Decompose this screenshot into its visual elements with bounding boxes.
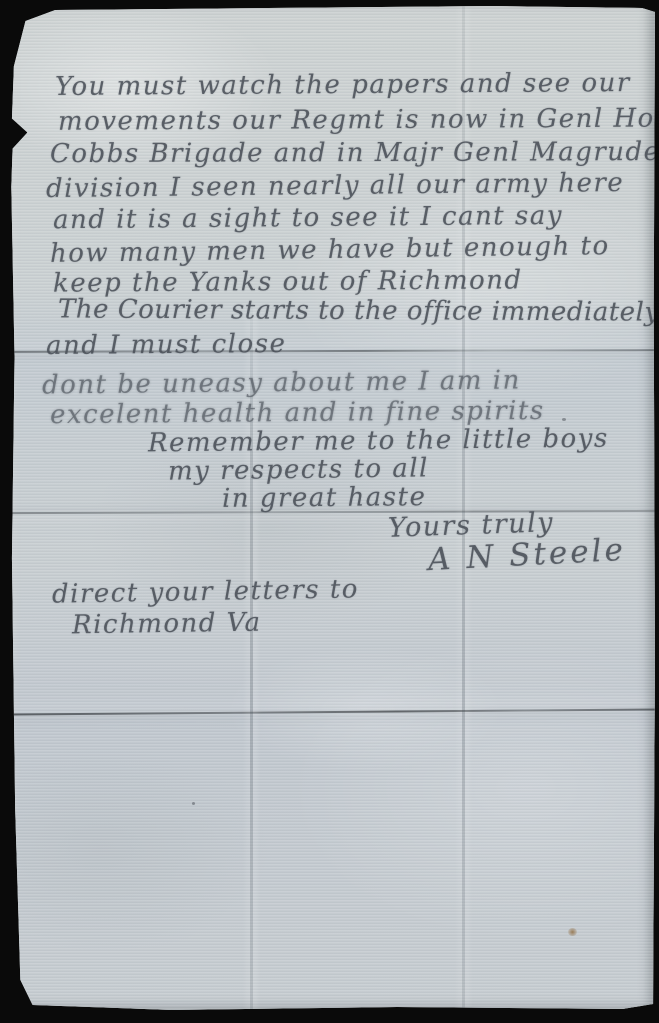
foxing-stain bbox=[568, 928, 577, 936]
paper-speck bbox=[562, 418, 566, 421]
scanned-letter-image: You must watch the papers and see our mo… bbox=[0, 0, 659, 1023]
letter-line: in great haste bbox=[222, 482, 427, 514]
letter-paper-sheet: You must watch the papers and see our mo… bbox=[10, 6, 655, 1010]
letter-line: movements our Regmt is now in Genl Howel… bbox=[58, 103, 659, 136]
letter-line: and it is a sight to see it I cant say bbox=[53, 201, 563, 235]
paper-speck bbox=[192, 802, 195, 805]
letter-line: Cobbs Brigade and in Majr Genl Magruders bbox=[50, 137, 659, 169]
letter-line: how many men we have but enough to bbox=[50, 231, 610, 269]
letter-line: The Courier starts to the office immedia… bbox=[58, 294, 659, 327]
horizontal-fold-crease bbox=[10, 708, 655, 715]
letter-line: dont be uneasy about me I am in bbox=[42, 365, 521, 400]
letter-line: Richmond Va bbox=[72, 608, 262, 641]
letter-line: division I seen nearly all our army here bbox=[46, 168, 625, 204]
letter-line: You must watch the papers and see our bbox=[55, 68, 631, 102]
letter-line: keep the Yanks out of Richmond bbox=[53, 265, 523, 298]
letter-line: and I must close bbox=[46, 329, 287, 361]
letter-line: direct your letters to bbox=[52, 574, 359, 609]
